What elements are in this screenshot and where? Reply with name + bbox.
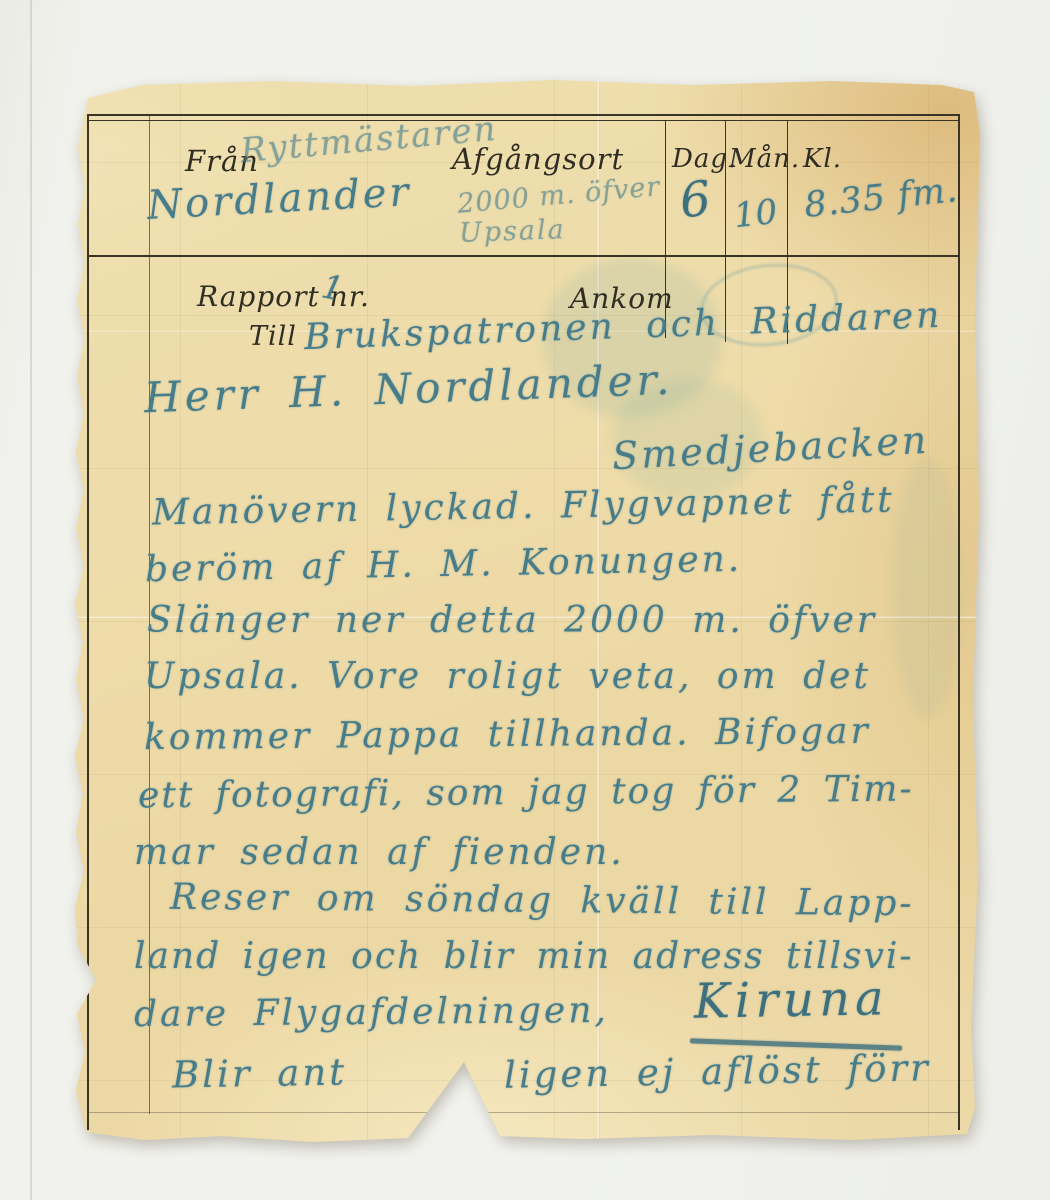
last-line-start: Blir ant xyxy=(172,1050,348,1096)
body-line: Reser om söndag kväll till Lapp- xyxy=(170,877,915,924)
dag-label: Dag. xyxy=(672,144,737,174)
rapport-nr-label: Rapport nr. xyxy=(197,280,370,313)
form-top-border-inner xyxy=(87,120,960,121)
photo-of-document: { "scene": { "description": "Photograph … xyxy=(0,0,1050,1200)
man-value: 10 xyxy=(732,192,779,236)
afgangsort-value-line2: Upsala xyxy=(458,214,566,249)
dag-value: 6 xyxy=(677,171,713,230)
form-bottom-rule xyxy=(87,1112,960,1113)
form-top-border-outer xyxy=(87,114,960,116)
ink-bleedthrough-blob xyxy=(892,458,962,718)
body-line: dare Flygafdelningen, xyxy=(134,990,609,1035)
kiruna-word: Kiruna xyxy=(694,970,890,1029)
paper-wrapper: Från Afgångsort Dag. Mån. Kl. Rapport nr… xyxy=(72,78,984,1143)
body-line: ett fotografi, som jag tog för 2 Tim- xyxy=(138,769,914,817)
kl-label: Kl. xyxy=(803,144,842,174)
body-line: Slänger ner detta 2000 m. öfver xyxy=(147,600,877,641)
backing-mat-edge xyxy=(30,0,32,1200)
body-line: land igen och blir min adress tillsvi- xyxy=(134,936,914,977)
till-label: Till xyxy=(249,321,297,352)
form-header-row-separator xyxy=(87,255,960,257)
body-line: kommer Pappa tillhanda. Bifogar xyxy=(144,711,871,758)
form-right-border xyxy=(958,114,960,1130)
form-left-border xyxy=(87,114,89,1130)
body-line: Upsala. Vore roligt veta, om det xyxy=(144,656,871,697)
body-line: mar sedan af fienden. xyxy=(134,832,625,873)
last-line-end: ligen ej aflöst förr xyxy=(504,1046,931,1096)
man-label: Mån. xyxy=(729,144,800,174)
document-paper: Från Afgångsort Dag. Mån. Kl. Rapport nr… xyxy=(72,78,984,1143)
